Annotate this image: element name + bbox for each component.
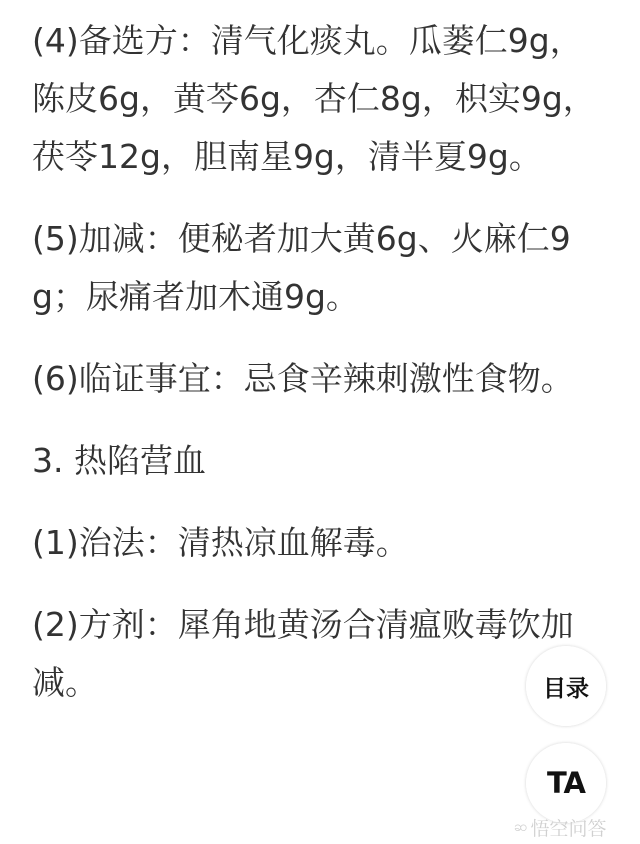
paragraph-treatment-method: (1)治法：清热凉血解毒。 [32,514,612,572]
wukong-logo-icon: ဆ [514,817,528,838]
ta-button[interactable]: TA [526,743,606,823]
watermark: ဆ 悟空问答 [514,814,607,841]
ta-label: TA [547,766,585,800]
toc-label: 目录 [543,670,589,703]
article-content: (4)备选方：清气化痰丸。瓜蒌仁9g，陈皮6g，黄芩6g，杏仁8g，枳实9g，茯… [32,12,612,736]
paragraph-clinical-notes: (6)临证事宜：忌食辛辣刺激性食物。 [32,350,612,408]
paragraph-prescription: (2)方剂：犀角地黄汤合清瘟败毒饮加减。 [32,596,612,712]
watermark-text: 悟空问答 [531,814,607,841]
table-of-contents-button[interactable]: 目录 [526,646,606,726]
paragraph-alternative-formula: (4)备选方：清气化痰丸。瓜蒌仁9g，陈皮6g，黄芩6g，杏仁8g，枳实9g，茯… [32,12,612,186]
section-heading: 3. 热陷营血 [32,432,612,490]
paragraph-modifications: (5)加减：便秘者加大黄6g、火麻仁9g；尿痛者加木通9g。 [32,210,612,326]
